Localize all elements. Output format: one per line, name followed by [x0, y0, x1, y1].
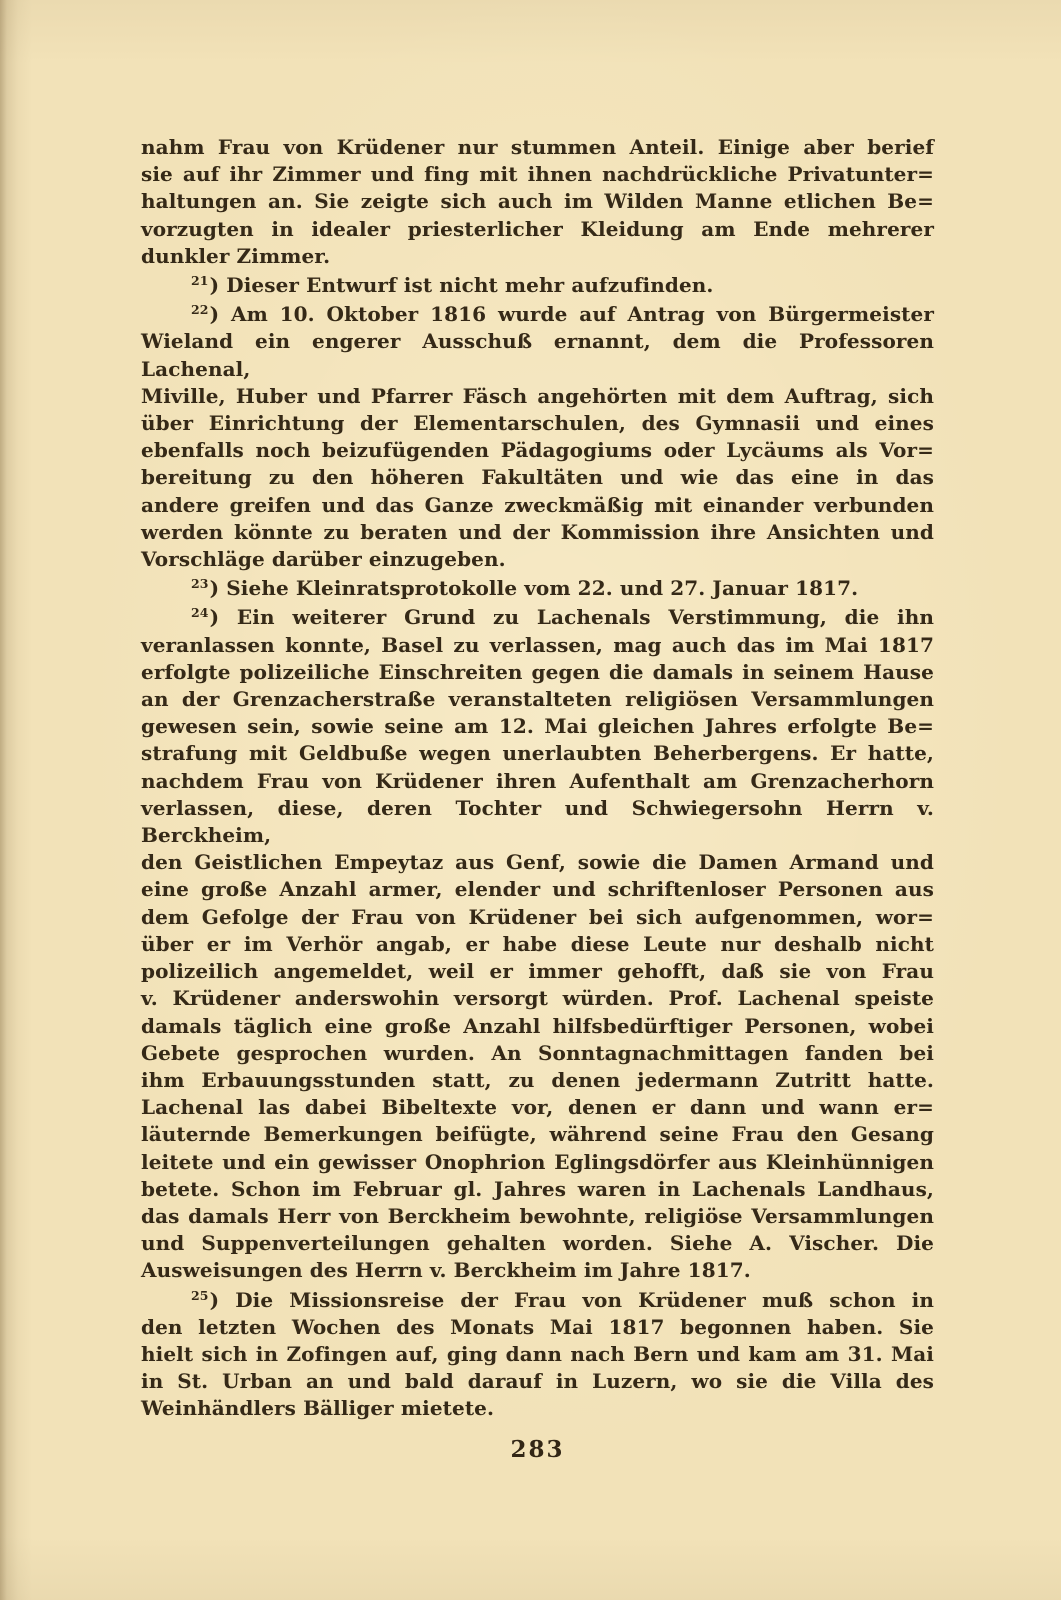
footnote-marker: 24	[191, 605, 209, 620]
footnote-marker: 25	[191, 1288, 209, 1303]
text-line: dem Gefolge der Frau von Krüdener bei si…	[141, 904, 934, 931]
text-line: 21) Dieser Entwurf ist nicht mehr aufzuf…	[141, 272, 934, 299]
text-line: strafung mit Geldbuße wegen unerlaubten …	[141, 740, 934, 767]
text-line: hielt sich in Zofingen auf, ging dann na…	[141, 1341, 934, 1368]
text-line: das damals Herr von Berckheim bewohnte, …	[141, 1203, 934, 1230]
text-line: nahm Frau von Krüdener nur stummen Antei…	[141, 134, 934, 161]
text-line: Lachenal las dabei Bibeltexte vor, denen…	[141, 1094, 934, 1121]
text-line: sie auf ihr Zimmer und fing mit ihnen na…	[141, 161, 934, 188]
text-line: gewesen sein, sowie seine am 12. Mai gle…	[141, 713, 934, 740]
text-line: an der Grenzacherstraße veranstalteten r…	[141, 686, 934, 713]
footnotes-text-block: nahm Frau von Krüdener nur stummen Antei…	[141, 134, 934, 1423]
text-line: 23) Siehe Kleinratsprotokolle vom 22. un…	[141, 575, 934, 602]
text-line: den Geistlichen Empeytaz aus Genf, sowie…	[141, 849, 934, 876]
footnote-25: 25) Die Missionsreise der Frau von Krüde…	[141, 1287, 934, 1423]
text-line: 25) Die Missionsreise der Frau von Krüde…	[141, 1287, 934, 1314]
body-paragraph: nahm Frau von Krüdener nur stummen Antei…	[141, 134, 934, 270]
text-line: Weinhändlers Bälliger mietete.	[141, 1395, 934, 1422]
text-line: ebenfalls noch beizufügenden Pädagogiums…	[141, 437, 934, 464]
text-line: veranlassen konnte, Basel zu verlassen, …	[141, 632, 934, 659]
text-line: Miville, Huber und Pfarrer Fäsch angehör…	[141, 383, 934, 410]
text-line: Vorschläge darüber einzugeben.	[141, 546, 934, 573]
text-line: andere greifen und das Ganze zweckmäßig …	[141, 492, 934, 519]
footnote-marker: 23	[191, 576, 209, 591]
text-line: erfolgte polizeiliche Einschreiten gegen…	[141, 659, 934, 686]
text-line: Wieland ein engerer Ausschuß ernannt, de…	[141, 328, 934, 382]
text-line: v. Krüdener anderswohin versorgt würden.…	[141, 985, 934, 1012]
footnote-23: 23) Siehe Kleinratsprotokolle vom 22. un…	[141, 575, 934, 602]
text-line: verlassen, diese, deren Tochter und Schw…	[141, 795, 934, 849]
text-line: ihm Erbauungsstunden statt, zu denen jed…	[141, 1067, 934, 1094]
text-line: nachdem Frau von Krüdener ihren Aufentha…	[141, 768, 934, 795]
footnote-24: 24) Ein weiterer Grund zu Lachenals Vers…	[141, 604, 934, 1284]
text-line: damals täglich eine große Anzahl hilfsbe…	[141, 1013, 934, 1040]
text-line: und Suppenverteilungen gehalten worden. …	[141, 1230, 934, 1257]
text-line: Ausweisungen des Herrn v. Berckheim im J…	[141, 1257, 934, 1284]
text-line: leitete und ein gewisser Onophrion Eglin…	[141, 1149, 934, 1176]
footnote-21: 21) Dieser Entwurf ist nicht mehr aufzuf…	[141, 272, 934, 299]
page-number: 283	[141, 1436, 934, 1463]
text-line: betete. Schon im Februar gl. Jahres ware…	[141, 1176, 934, 1203]
book-page: nahm Frau von Krüdener nur stummen Antei…	[0, 0, 1061, 1600]
text-line: Gebete gesprochen wurden. An Sonntagnach…	[141, 1040, 934, 1067]
text-line: in St. Urban an und bald darauf in Luzer…	[141, 1368, 934, 1395]
footnote-marker: 22	[191, 302, 209, 317]
text-line: über er im Verhör angab, er habe diese L…	[141, 931, 934, 958]
text-line: über Einrichtung der Elementarschulen, d…	[141, 410, 934, 437]
text-line: 22) Am 10. Oktober 1816 wurde auf Antrag…	[141, 301, 934, 328]
text-line: werden könnte zu beraten und der Kommiss…	[141, 519, 934, 546]
footnote-22: 22) Am 10. Oktober 1816 wurde auf Antrag…	[141, 301, 934, 573]
footnote-marker: 21	[191, 273, 209, 288]
text-line: polizeilich angemeldet, weil er immer ge…	[141, 958, 934, 985]
text-line: läuternde Bemerkungen beifügte, während …	[141, 1121, 934, 1148]
text-line: bereitung zu den höheren Fakultäten und …	[141, 464, 934, 491]
text-line: dunkler Zimmer.	[141, 243, 934, 270]
text-line: haltungen an. Sie zeigte sich auch im Wi…	[141, 188, 934, 215]
text-line: vorzugten in idealer priesterlicher Klei…	[141, 216, 934, 243]
text-line: den letzten Wochen des Monats Mai 1817 b…	[141, 1314, 934, 1341]
text-line: 24) Ein weiterer Grund zu Lachenals Vers…	[141, 604, 934, 631]
text-line: eine große Anzahl armer, elender und sch…	[141, 876, 934, 903]
